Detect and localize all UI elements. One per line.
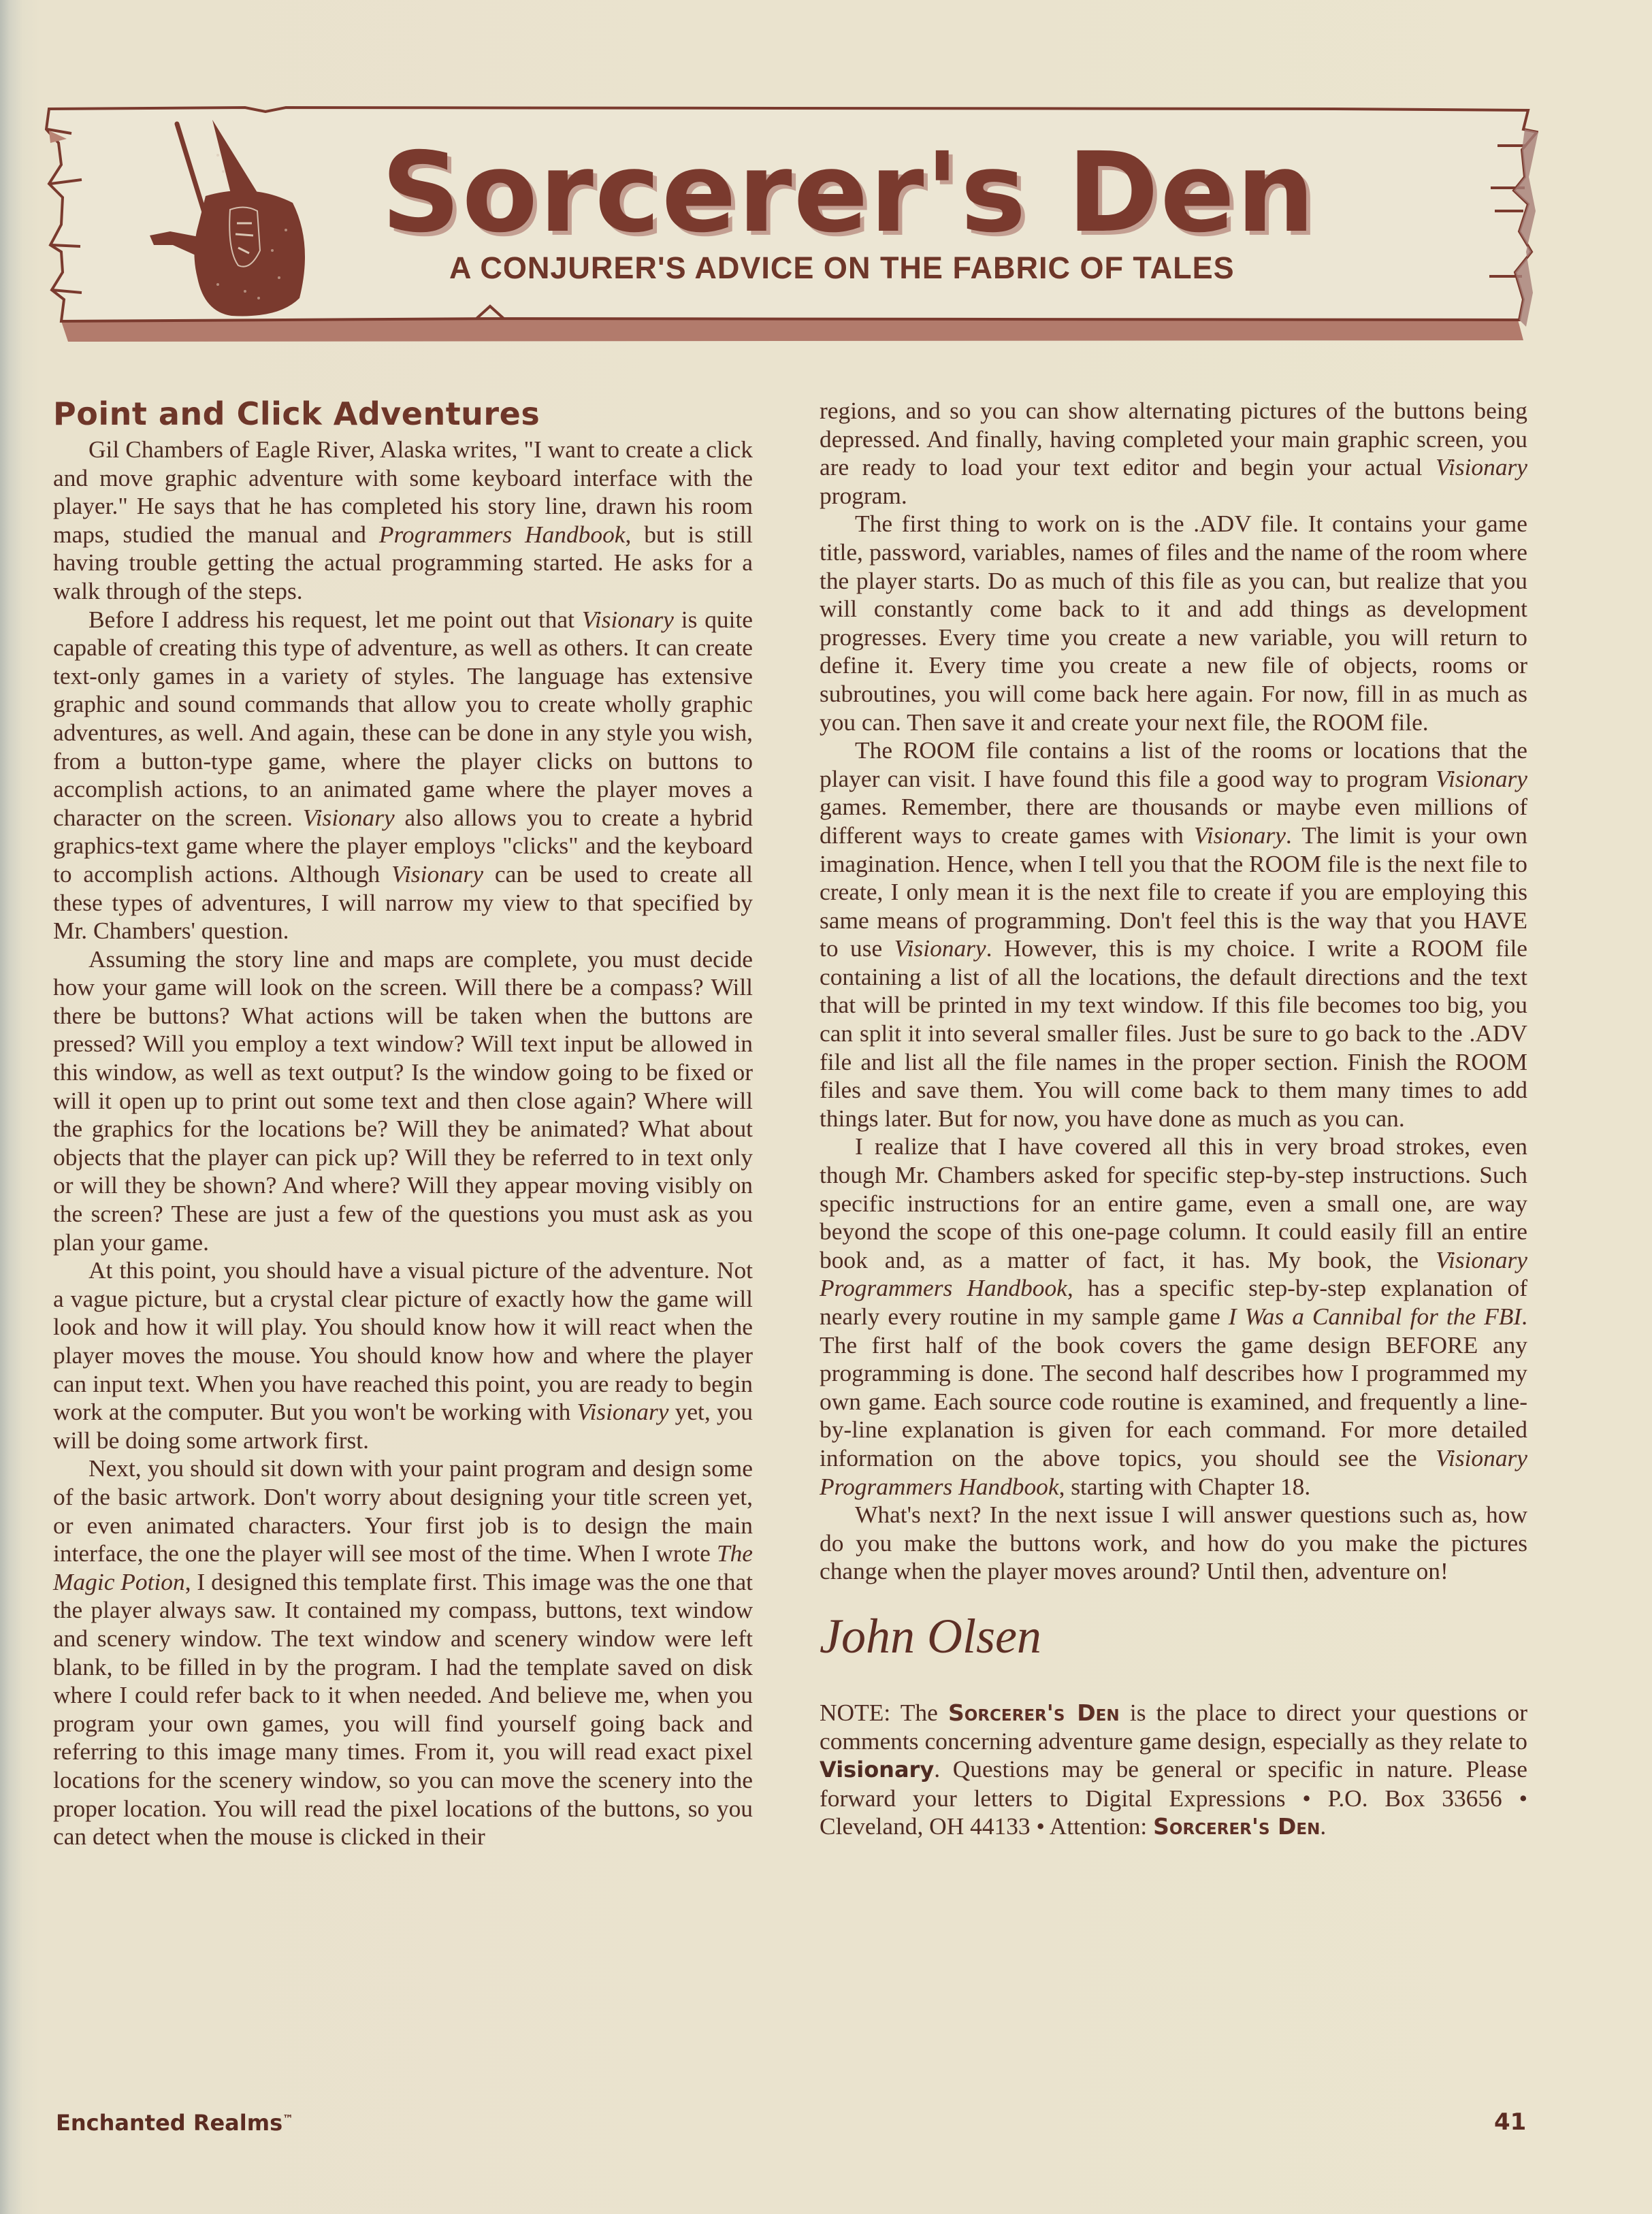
- column-title: Sorcerer's Den: [381, 129, 1470, 257]
- author-signature: John Olsen: [820, 1609, 1527, 1663]
- article-column-right: regions, and so you can show alternating…: [820, 397, 1527, 1841]
- editor-note: NOTE: The Sorcerer's Den is the place to…: [820, 1699, 1527, 1841]
- paragraph: Assuming the story line and maps are com…: [53, 945, 753, 1257]
- column-subtitle: A CONJURER'S ADVICE ON THE FABRIC OF TAL…: [449, 250, 1402, 286]
- paragraph: The first thing to work on is the .ADV f…: [820, 510, 1527, 736]
- paragraph: At this point, you should have a visual …: [53, 1256, 753, 1454]
- page-number: 41: [1494, 2109, 1526, 2136]
- article-column-left: Point and Click Adventures Gil Chambers …: [53, 393, 753, 1851]
- publication-name: Enchanted Realms™: [56, 2110, 293, 2136]
- wizard-icon: [143, 114, 340, 319]
- paragraph: Next, you should sit down with your pain…: [53, 1454, 753, 1851]
- product-name: Visionary: [820, 1757, 934, 1782]
- paragraph: I realize that I have covered all this i…: [820, 1133, 1527, 1501]
- paragraph: What's next? In the next issue I will an…: [820, 1501, 1527, 1586]
- paragraph: Gil Chambers of Eagle River, Alaska writ…: [53, 436, 753, 606]
- article-heading: Point and Click Adventures: [53, 396, 753, 432]
- column-name-inline: Sorcerer's Den: [1153, 1813, 1320, 1840]
- column-name-inline: Sorcerer's Den: [948, 1699, 1120, 1726]
- paragraph-continued: regions, and so you can show alternating…: [820, 397, 1527, 510]
- column-banner: Sorcerer's Den A CONJURER'S ADVICE ON TH…: [41, 102, 1538, 351]
- paragraph: Before I address his request, let me poi…: [53, 606, 753, 945]
- paragraph: The ROOM file contains a list of the roo…: [820, 736, 1527, 1133]
- trademark-symbol: ™: [282, 2112, 293, 2125]
